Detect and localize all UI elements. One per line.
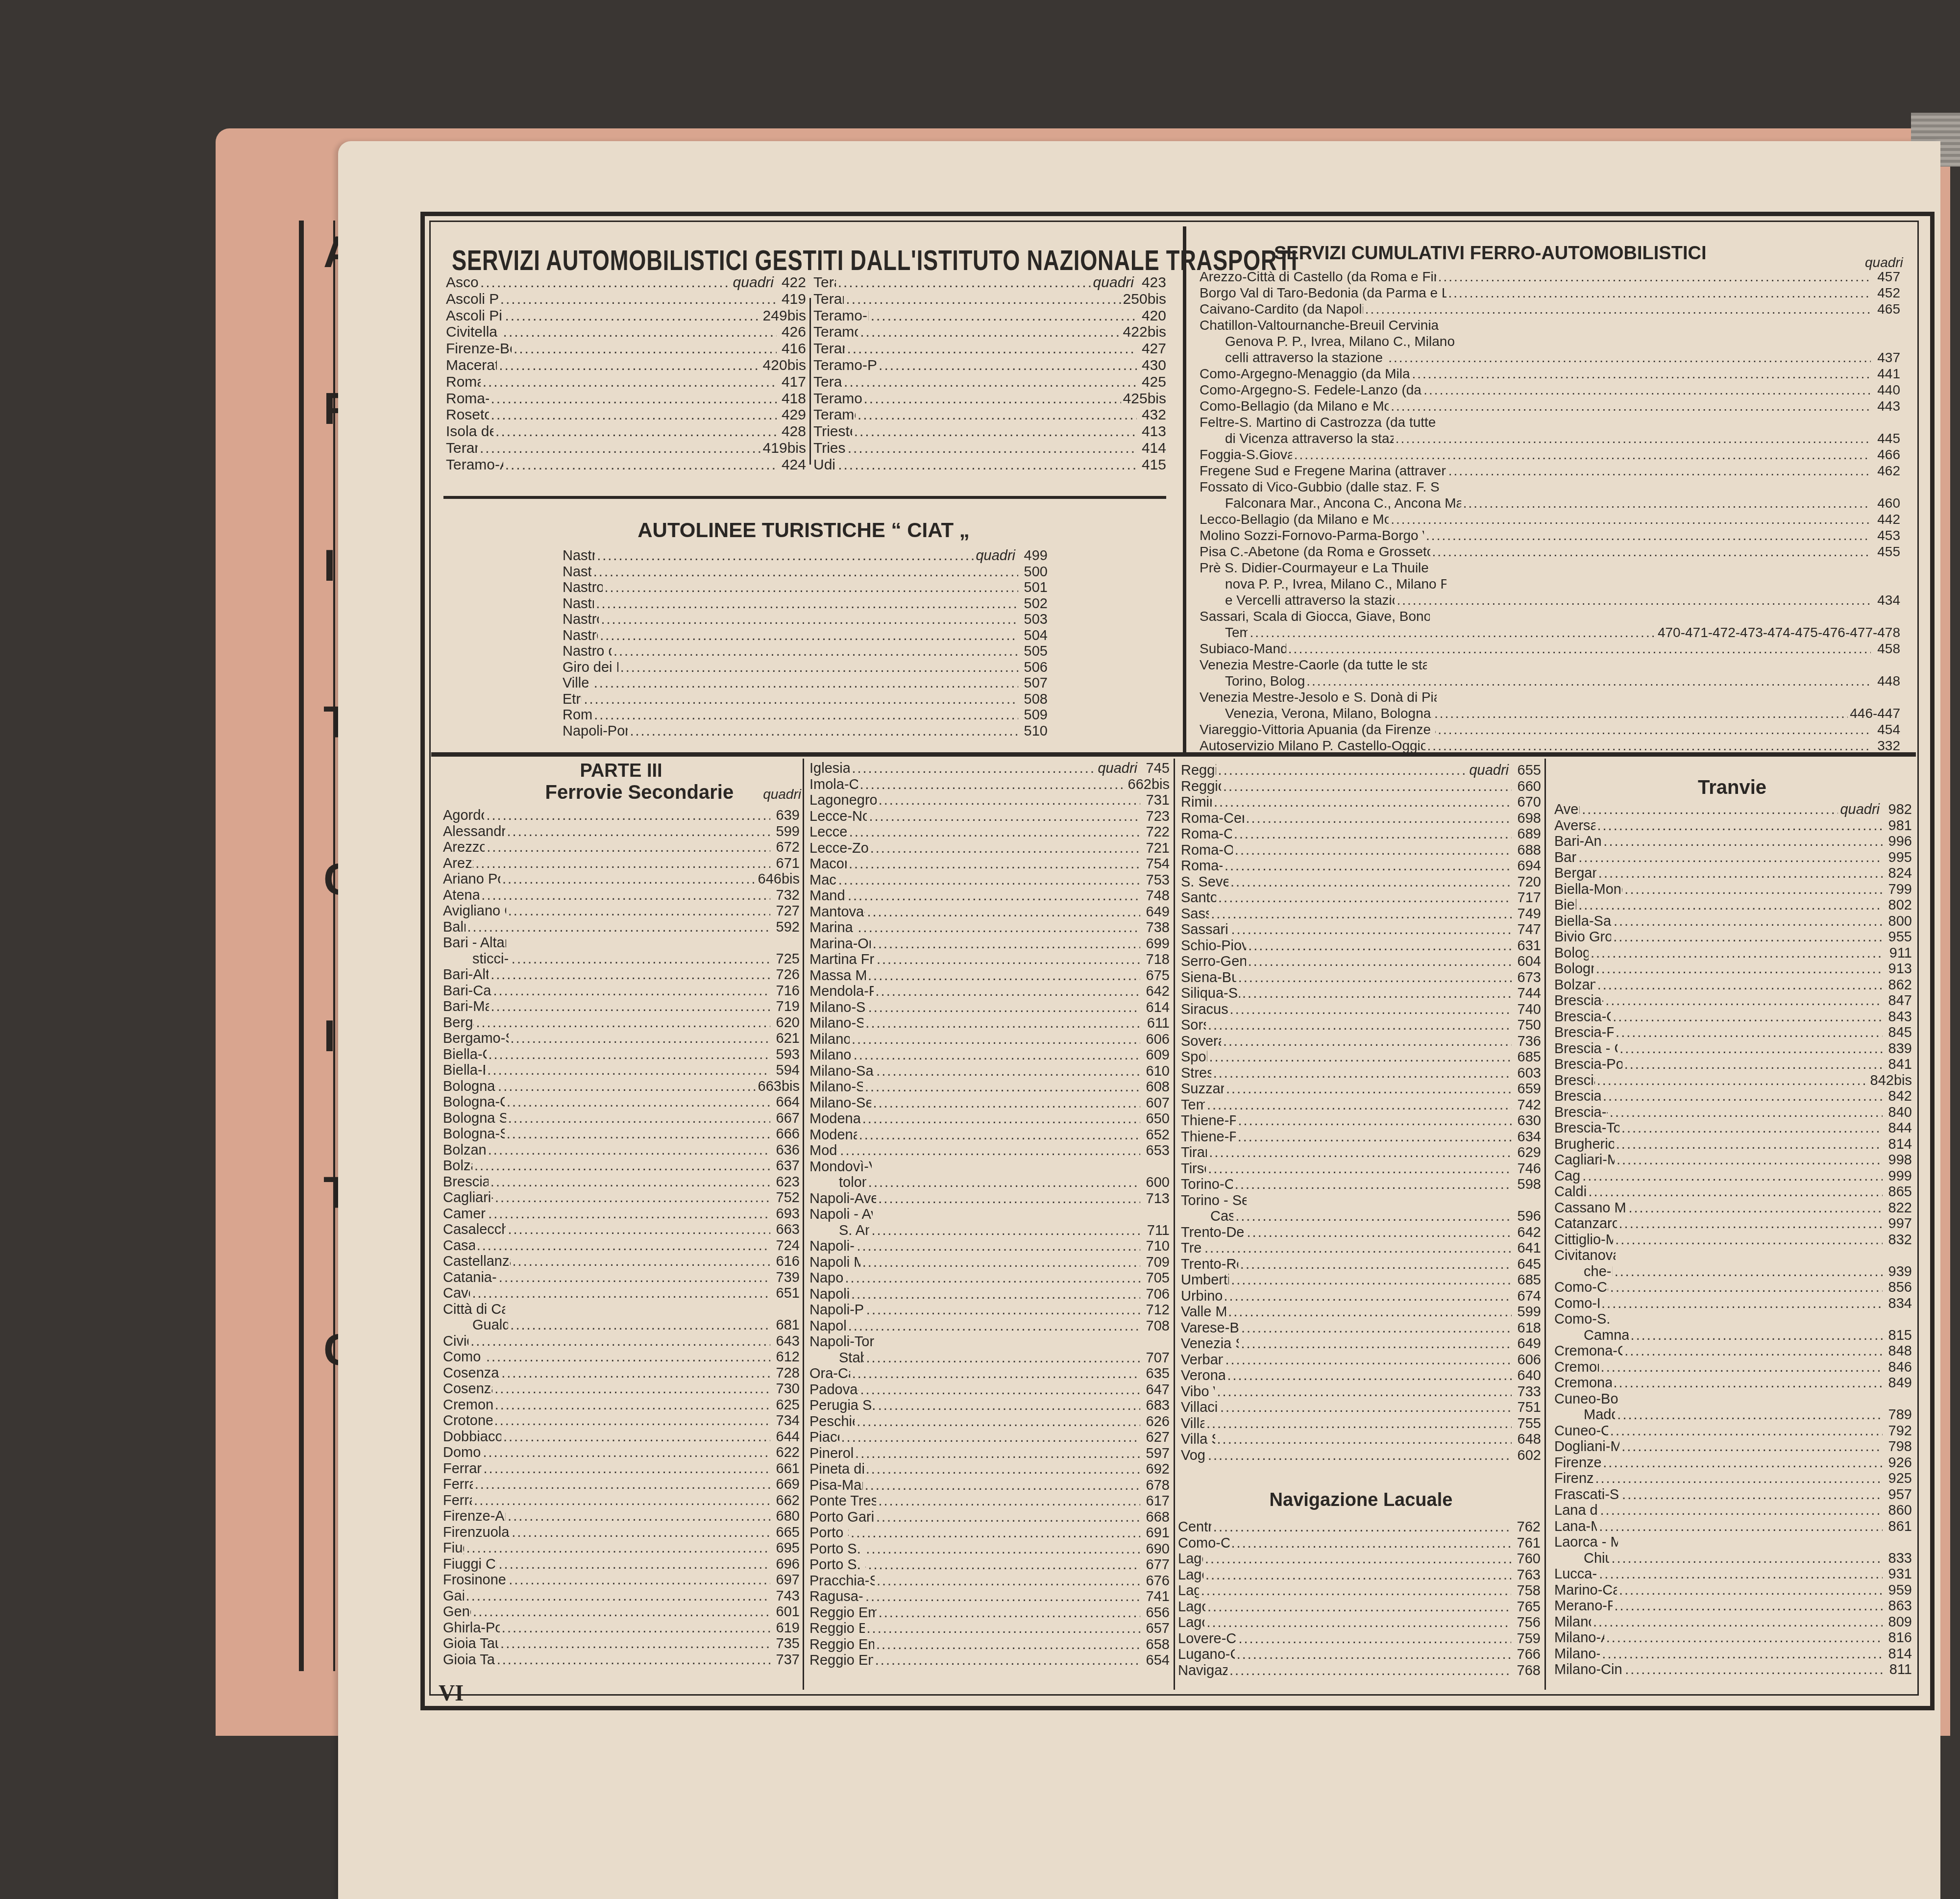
route-name: Navigazione Lagunare Veneta bbox=[1178, 1663, 1227, 1679]
leader-dots bbox=[879, 357, 1137, 374]
list-item: Catanzaro Sala-Catanzaro Piazza Roma997 bbox=[1554, 1216, 1912, 1232]
route-name: Udine-Grado bbox=[813, 457, 836, 473]
leader-dots bbox=[1432, 543, 1871, 560]
table-number: 834 bbox=[1885, 1296, 1912, 1312]
leader-dots bbox=[865, 1015, 1140, 1032]
leader-dots bbox=[1213, 1519, 1511, 1535]
leader-dots bbox=[1208, 1448, 1512, 1464]
list-item: Gioia Tauro-Sinopoli S. Procopio737 bbox=[443, 1652, 800, 1668]
leader-dots bbox=[877, 952, 1140, 968]
list-item: Napoli-Ottaviano-Sarno706 bbox=[809, 1286, 1170, 1303]
table-number: 420 bbox=[1139, 308, 1166, 324]
route-name: Fossato di Vico-Gubbio (dalle staz. F. S… bbox=[1200, 479, 1440, 495]
route-name: Nastro d'argento bbox=[563, 580, 603, 596]
table-number: 430 bbox=[1139, 357, 1166, 374]
table-number: 452 bbox=[1873, 285, 1900, 301]
route-name: Torino, Bologna, Trieste) bbox=[1225, 673, 1304, 689]
route-name: Milano-Affori-Varedo-Mombello bbox=[1554, 1630, 1604, 1646]
list-item: Lana-Maia Bassa-Merano861 bbox=[1554, 1519, 1912, 1535]
table-number: 814 bbox=[1885, 1646, 1912, 1662]
route-name: Bari-Andria-Barletta (Autom.) bbox=[1554, 834, 1601, 850]
table-number: 846 bbox=[1885, 1359, 1912, 1376]
list-item: Cuneo-Borgo S. Dalmazzo-Demonte-Colle bbox=[1554, 1391, 1912, 1407]
list-item: Bari-Andria-Barletta (Autom.)996 bbox=[1554, 834, 1912, 850]
leader-dots bbox=[491, 391, 777, 407]
route-name: Brescia-Soncino (Autom.) bbox=[1554, 1073, 1595, 1089]
route-name: Balma-Biella bbox=[443, 919, 465, 936]
route-name: Lecco-Bellagio (da Milano e Monza stazio… bbox=[1200, 511, 1389, 527]
parte-subtitle-row: Ferrovie Secondarie quadri bbox=[441, 782, 801, 804]
table-number: 594 bbox=[772, 1062, 800, 1079]
list-item: Viareggio-Vittoria Apuania (da Firenze a… bbox=[1200, 721, 1900, 738]
leader-dots bbox=[1205, 1567, 1511, 1583]
table-number: 666 bbox=[772, 1126, 800, 1142]
leader-dots bbox=[1294, 446, 1871, 463]
route-name: Brescia-Iseo-Pisogne-Edolo bbox=[443, 1174, 489, 1190]
list-item: Villamar-Ales755 bbox=[1181, 1416, 1541, 1432]
route-name: Milano-Saronno-Como Lago Nord bbox=[809, 1015, 863, 1032]
route-name: Lucca-Maggiano (Autom.) bbox=[1554, 1566, 1597, 1582]
leader-dots bbox=[486, 808, 770, 824]
leader-dots bbox=[1209, 1145, 1512, 1161]
leader-dots bbox=[1396, 430, 1871, 446]
route-name: S. Severo-Peschici Calenella bbox=[1181, 874, 1228, 890]
route-name: Teramo-Schiaviano bbox=[446, 440, 478, 457]
leader-dots bbox=[1619, 1216, 1883, 1232]
table-number: 414 bbox=[1139, 440, 1166, 457]
table-number: 508 bbox=[1020, 691, 1048, 708]
route-name: Falconara Mar., Ancona C., Ancona Mar. a… bbox=[1225, 495, 1461, 511]
leader-dots bbox=[1601, 1296, 1883, 1312]
route-name: Imola-Castel S. Pietro (Autom.) bbox=[809, 777, 858, 793]
route-name: Agordo-Bribano (Autom.) bbox=[443, 808, 484, 824]
leader-dots bbox=[1225, 858, 1512, 874]
table-number: 756 bbox=[1513, 1615, 1541, 1631]
route-name: Cuneo-Borgo S. Dalmazzo-Demonte-Colle bbox=[1554, 1391, 1619, 1407]
route-name: Teramo-Pescara bbox=[813, 374, 842, 391]
table-number: 840 bbox=[1885, 1105, 1912, 1121]
route-name: Biella-Mongrando e Biella-Camburzano (Au… bbox=[1554, 882, 1622, 898]
route-name: Reggio Emilia-Sassuolo bbox=[1181, 779, 1221, 795]
table-number: 505 bbox=[1020, 643, 1048, 660]
table-number: 815 bbox=[1885, 1328, 1912, 1344]
leader-dots bbox=[601, 612, 1018, 628]
route-name: Bolzano-Laives (Autom.) bbox=[1554, 977, 1595, 993]
list-item: Arezzo-Pratovecchio Stia672 bbox=[443, 839, 800, 856]
list-item: Bologna-Bazzano-Vignola (Autom.)663bis bbox=[443, 1079, 800, 1095]
table-number: 800 bbox=[1885, 913, 1912, 930]
list-item: Napoli-Piedimonte d'Alife (Autom.)712 bbox=[809, 1302, 1170, 1318]
route-name: Venezia Mestre-Jesolo e S. Donà di Piave… bbox=[1200, 689, 1437, 705]
list-item: Bolzano-Caldaro-Mendola636 bbox=[443, 1142, 800, 1159]
route-name: Peschiera F. M. P.-Mantova bbox=[809, 1414, 855, 1430]
leader-dots bbox=[1615, 1264, 1883, 1280]
table-number: 446-447 bbox=[1850, 705, 1900, 721]
route-name: Napoli-Pompei-Amalfi-Napoli bbox=[563, 723, 628, 740]
route-name: Isola del Gran Sasso-Roseto bbox=[446, 423, 493, 440]
table-number: 839 bbox=[1885, 1041, 1912, 1057]
list-item: Frosinone-Alatri-Guarcino-Fiuggi (Autom.… bbox=[443, 1572, 800, 1588]
list-item: Milano-Brugherio-Vimercate814 bbox=[1554, 1646, 1912, 1662]
table-number: 614 bbox=[1142, 1000, 1170, 1016]
list-item: Trento-Malè641 bbox=[1181, 1240, 1541, 1257]
leader-dots bbox=[1434, 705, 1848, 721]
leader-dots bbox=[1224, 1288, 1512, 1305]
list-item: Reggio Emilia-Bagnolo in Piano-Carpi (Au… bbox=[809, 1605, 1170, 1621]
table-number: 427 bbox=[1139, 341, 1166, 357]
route-name: Padova-Piazzola-Carmignano bbox=[809, 1382, 858, 1398]
table-number: 842 bbox=[1885, 1088, 1912, 1105]
table-number: 765 bbox=[1513, 1599, 1541, 1615]
table-number: 763 bbox=[1513, 1567, 1541, 1583]
list-item: Bolzano-Collalbo637 bbox=[443, 1158, 800, 1174]
list-item: Brugherio-Monza (Arengario) (Autom.)814 bbox=[1554, 1136, 1912, 1153]
list-item: Modena-Cavezzo-La Mirandola650 bbox=[809, 1111, 1170, 1127]
list-item: Firenzuola-Fontanelice-Imola-Bologna (Au… bbox=[443, 1525, 800, 1541]
route-name: Pineta di Pescara-Pescara-Penne bbox=[809, 1461, 864, 1478]
table-number: 722 bbox=[1142, 824, 1170, 840]
list-item: Spoleto-Norcia685 bbox=[1181, 1049, 1541, 1065]
list-item: Catania-Randazzo-Giarre-Riposto739 bbox=[443, 1270, 800, 1286]
list-item: Bergamo-Clusone620 bbox=[443, 1015, 800, 1031]
list-item: Gualdo Tadino (Autom.)681 bbox=[443, 1317, 800, 1333]
inst-col2-list: Teramo-Bisentiquadri423Teramo-Giulianova… bbox=[813, 274, 1166, 473]
leader-dots bbox=[495, 1190, 770, 1206]
table-number: 811 bbox=[1885, 1662, 1912, 1678]
route-name: Ferrara-Copparo bbox=[443, 1493, 472, 1509]
route-name: Sassari, Scala di Giocca, Giave, Bonorva… bbox=[1200, 608, 1430, 624]
list-item: Lucca-Maggiano (Autom.)931 bbox=[1554, 1566, 1912, 1582]
route-name: Napoli-Torre Annunziata-Castellammare di bbox=[809, 1334, 875, 1350]
table-number: 620 bbox=[772, 1015, 800, 1031]
table-number: 623 bbox=[772, 1174, 800, 1190]
list-item: Prè S. Didier-Courmayeur e La Thuile (da… bbox=[1200, 560, 1900, 576]
leader-dots bbox=[500, 1636, 770, 1652]
route-name: Varese-Bettole-Ghirla-Luino (Autom.) bbox=[1181, 1320, 1239, 1336]
list-item: Lovere-Castro-Pisogne (Lago d'Iseo)759 bbox=[1178, 1631, 1541, 1647]
leader-dots bbox=[1238, 1113, 1512, 1129]
list-item: Pinerolo-Perosa Argentina597 bbox=[809, 1446, 1170, 1462]
route-name: Porto S. Giorgio-Fermo-Amandola bbox=[809, 1541, 864, 1557]
list-item: tolomeo (Autom.)600 bbox=[809, 1175, 1170, 1191]
list-item: Nastro d'argento501 bbox=[563, 580, 1048, 596]
list-item: Macomer-Bosa753 bbox=[809, 872, 1170, 888]
leader-dots bbox=[1616, 1136, 1883, 1153]
leader-dots bbox=[862, 1255, 1140, 1271]
list-item: S. Angelo in Formis711 bbox=[809, 1223, 1170, 1239]
leader-dots bbox=[1438, 721, 1871, 738]
ciat-list: Nastro azzurroquadri499Nastro rosa500Nas… bbox=[563, 548, 1048, 739]
table-number: 749 bbox=[1514, 906, 1541, 922]
list-item: Dogliani-Monchiero-Dogliani staz. (Autom… bbox=[1554, 1439, 1912, 1455]
table-number: 648 bbox=[1514, 1431, 1541, 1448]
route-name: Fregene Sud e Fregene Marina (attraverso… bbox=[1200, 463, 1446, 479]
table-number: 939 bbox=[1885, 1264, 1912, 1280]
leader-dots bbox=[596, 596, 1018, 612]
table-number: 419 bbox=[779, 291, 806, 308]
list-item: Roma-Centocelle-Grotte Celoni (Autom.)69… bbox=[1181, 811, 1541, 827]
leader-dots bbox=[1225, 1352, 1512, 1368]
table-number: 443 bbox=[1873, 398, 1900, 414]
table-number: 603 bbox=[1514, 1065, 1541, 1082]
table-number: 760 bbox=[1513, 1551, 1541, 1567]
route-name: Cagliari-Monserrato-Quartu Sant'Elena bbox=[1554, 1152, 1615, 1168]
leader-dots bbox=[466, 1540, 770, 1556]
table-number: 658 bbox=[1142, 1637, 1170, 1653]
list-item: Mandas-Isili-Sorgono748 bbox=[809, 888, 1170, 904]
list-item: Bologna-Malalbergo911 bbox=[1554, 945, 1912, 962]
route-name: Brescia-Travagliato (Autom.) bbox=[1554, 1088, 1601, 1105]
leader-dots bbox=[1621, 1120, 1883, 1136]
table-number: 731 bbox=[1142, 792, 1170, 809]
route-name: Pisa C.-Abetone (da Roma e Grosseto attr… bbox=[1200, 543, 1430, 560]
list-item: Como Lago Nord-Varese612 bbox=[443, 1349, 800, 1365]
table-number: 641 bbox=[1514, 1240, 1541, 1257]
route-name: Gairo-Jerzu bbox=[443, 1588, 464, 1604]
list-item: Milano-Seveso-Meda-Erba-Canzo Asso607 bbox=[809, 1095, 1170, 1111]
list-item: Brescia-Iseo-Pisogne-Edolo623 bbox=[443, 1174, 800, 1190]
quadri-label: quadri bbox=[1093, 274, 1134, 291]
leader-dots bbox=[855, 1446, 1140, 1462]
leader-dots bbox=[511, 1031, 770, 1047]
list-item: Molino Sozzi-Fornovo-Parma-Borgo Val di … bbox=[1200, 527, 1900, 543]
table-number: 626 bbox=[1142, 1414, 1170, 1430]
table-number: 502 bbox=[1020, 596, 1048, 612]
leader-dots bbox=[507, 824, 770, 840]
list-item: Lago di Lugano765 bbox=[1178, 1599, 1541, 1615]
table-number: 607 bbox=[1142, 1095, 1170, 1111]
leader-dots bbox=[862, 1111, 1140, 1127]
leader-dots bbox=[512, 1525, 770, 1541]
table-number: 802 bbox=[1885, 897, 1912, 913]
leader-dots bbox=[873, 1095, 1140, 1111]
table-number: 655 bbox=[1514, 763, 1541, 779]
table-number: 845 bbox=[1885, 1025, 1912, 1041]
list-item: Cremona-Montanara-Asola (Autom.)849 bbox=[1554, 1375, 1912, 1391]
leader-dots bbox=[481, 888, 770, 904]
list-item: Lago di Como760 bbox=[1178, 1551, 1541, 1567]
route-name: Marina di Gioiosa-Mammola bbox=[809, 920, 856, 936]
route-name: Milano-Abbiategrasso bbox=[1554, 1614, 1591, 1630]
route-name: Atena-Marsico Nuovo bbox=[443, 888, 479, 904]
route-name: Alessandria-Frugarolo-Novi Ligure (Aut.) bbox=[443, 824, 505, 840]
list-item: Teramo-S. Benedetto del Tronto425bis bbox=[813, 391, 1166, 407]
inst-section-title: SERVIZI AUTOMOBILISTICI GESTITI DALL'IST… bbox=[452, 244, 1017, 277]
leader-dots bbox=[491, 999, 770, 1015]
leader-dots bbox=[1412, 366, 1871, 382]
table-number: 458 bbox=[1873, 641, 1900, 657]
table-number: 637 bbox=[772, 1158, 800, 1174]
list-item: Teramo (Servizio Urbano)432 bbox=[813, 407, 1166, 423]
list-item: Como-Bellagio (da Milano e Monza stazion… bbox=[1200, 398, 1900, 414]
leader-dots bbox=[1615, 1232, 1883, 1248]
leader-dots bbox=[487, 839, 770, 856]
table-number: 645 bbox=[1514, 1257, 1541, 1273]
table-number: 462 bbox=[1873, 463, 1900, 479]
table-number: 665 bbox=[772, 1525, 800, 1541]
route-name: Lana di Sopra-Lana Postal bbox=[1554, 1503, 1598, 1519]
table-number: 428 bbox=[779, 423, 806, 440]
leader-dots bbox=[513, 1254, 770, 1270]
leader-dots bbox=[1242, 986, 1512, 1002]
table-number: 601 bbox=[772, 1604, 800, 1620]
table-number: 957 bbox=[1885, 1487, 1912, 1503]
route-name: Valle Mosso-Cossato-Biella bbox=[1181, 1304, 1226, 1320]
leader-dots bbox=[1438, 269, 1871, 285]
lower-col-divider-1 bbox=[803, 759, 804, 1690]
route-name: Bergamo-Clusone bbox=[443, 1015, 474, 1031]
leader-dots bbox=[876, 984, 1140, 1000]
route-name: Serro-Genova S. Quir.-Sant. della Guardi… bbox=[1181, 954, 1246, 970]
table-number: 667 bbox=[772, 1110, 800, 1127]
route-name: Lugano-Capolago-Monte Generoso bbox=[1178, 1647, 1235, 1663]
table-number: 592 bbox=[772, 919, 800, 936]
route-name: Arezzo-Sinalunga bbox=[443, 856, 473, 872]
leader-dots bbox=[1388, 349, 1871, 366]
route-name: Roma-Ostia-Lido Castel Fusano bbox=[1181, 842, 1233, 859]
route-name: Nastro dei fiori bbox=[563, 628, 598, 644]
list-item: Crotone Città-Petilia Policastro734 bbox=[443, 1413, 800, 1429]
table-number: 799 bbox=[1885, 882, 1912, 898]
route-name: Subiaco-Mandela-(Roma) bbox=[1200, 641, 1286, 657]
leader-dots bbox=[878, 1493, 1140, 1509]
leader-dots bbox=[1610, 1105, 1883, 1121]
route-name: Reggio Emilia-Boretto-Brescello (Autom.) bbox=[809, 1652, 873, 1669]
list-item: Agordo-Bribano (Autom.)639 bbox=[443, 808, 800, 824]
table-number: 833 bbox=[1885, 1551, 1912, 1567]
route-name: Schio-Piovene-Rocchette-Arsiero (Autom.) bbox=[1181, 938, 1246, 954]
leader-dots bbox=[867, 1621, 1140, 1637]
list-item: Cagliari-Monserrato-Quartu Sant'Elena998 bbox=[1554, 1152, 1912, 1168]
route-name: Napoli-Pompei-Sarno bbox=[809, 1318, 846, 1334]
list-item: Milano-Cinisello con diram. per Sesto S.… bbox=[1554, 1662, 1912, 1678]
table-number: 748 bbox=[1142, 888, 1170, 904]
list-item: Milano-Saronno-Varese-Laveno Mombello610 bbox=[809, 1063, 1170, 1080]
inst-col-divider bbox=[809, 298, 811, 465]
table-number: 761 bbox=[1513, 1535, 1541, 1552]
route-name: Bologna-S. Vitale-Budrio-Portomaggiore bbox=[443, 1126, 505, 1142]
table-number: 740 bbox=[1514, 1002, 1541, 1018]
route-name: Villa Santina-Carnia bbox=[1181, 1431, 1215, 1448]
route-name: Bergamo-S. G. Bianco-S. Mart. de' Calvi … bbox=[443, 1031, 509, 1047]
list-item: Trieste-Capodistria414 bbox=[813, 440, 1166, 457]
list-item: Feltre-S. Martino di Castrozza (da tutte… bbox=[1200, 414, 1900, 430]
list-item: Biella-Rovasenda-Novara594 bbox=[443, 1062, 800, 1079]
table-number: 926 bbox=[1885, 1455, 1912, 1471]
route-name: Martina Franca-Francavilla Fontana-Lecce bbox=[809, 952, 875, 968]
table-number: 860 bbox=[1885, 1503, 1912, 1519]
table-number: 661 bbox=[772, 1461, 800, 1477]
table-number: 455 bbox=[1873, 543, 1900, 560]
route-name: Piacenza-Bettola bbox=[809, 1430, 839, 1446]
table-number: 721 bbox=[1142, 840, 1170, 857]
list-item: Genova P. P., Ivrea, Milano C., Milano P… bbox=[1200, 333, 1900, 349]
route-name: nova P. P., Ivrea, Milano C., Milano P. … bbox=[1225, 576, 1446, 592]
route-name: Macerata-Civitanova Marche Alta bbox=[446, 357, 497, 374]
route-name: Thiene-Piovene-Rocchette-Asiago bbox=[1181, 1129, 1236, 1145]
table-number: 743 bbox=[772, 1588, 800, 1604]
leader-dots bbox=[852, 1032, 1140, 1048]
list-item: Villacidro-Villamar-Isili751 bbox=[1181, 1400, 1541, 1416]
list-item: Bari-Barletta995 bbox=[1554, 850, 1912, 866]
leader-dots bbox=[493, 983, 771, 999]
list-item: Chatillon-Valtournanche-Breuil Cervinia … bbox=[1200, 317, 1900, 333]
list-item: Napoli Montesanto-Torregaveta709 bbox=[809, 1255, 1170, 1271]
route-name: Massa Marittima-Follonica (Autom.) bbox=[809, 968, 866, 984]
table-number: 650 bbox=[1142, 1111, 1170, 1127]
list-item: Chiuso (Autom.)833 bbox=[1554, 1551, 1912, 1567]
list-item: Venezia, Verona, Milano, Bologna, e Trie… bbox=[1200, 705, 1900, 721]
list-item: Reggio Emilia-Barco-Ciano d'Enza657 bbox=[809, 1621, 1170, 1637]
list-item: Ascoli Piceno-S. Benedetto del Tronto249… bbox=[446, 308, 806, 324]
leader-dots bbox=[865, 1589, 1140, 1605]
list-item: Milano-Saronno-Novara606 bbox=[809, 1032, 1170, 1048]
leader-dots bbox=[871, 308, 1137, 324]
table-number: 598 bbox=[1514, 1177, 1541, 1193]
list-item: Rimini-Novafeltria670 bbox=[1181, 794, 1541, 811]
leader-dots bbox=[1231, 922, 1512, 938]
list-item: Caivano-Cardito (da Napoli-Gragnano e Na… bbox=[1200, 301, 1900, 317]
table-number: 856 bbox=[1885, 1280, 1912, 1296]
leader-dots bbox=[507, 1126, 770, 1142]
leader-dots bbox=[1230, 1002, 1512, 1018]
route-name: Nastro rosa bbox=[563, 564, 591, 580]
list-item: Verona-Affi-Caprino-Garda640 bbox=[1181, 1368, 1541, 1384]
table-number: 509 bbox=[1020, 707, 1048, 723]
route-name: Città di Castello-Gubbio-Fossato di Vico… bbox=[443, 1302, 505, 1318]
route-name: Trento-Dermulo-Fondo-Mendola (Autom.) bbox=[1181, 1225, 1245, 1241]
parte-title: PARTE III bbox=[441, 761, 801, 782]
list-item: Reggio Emilia-Sassuolo660 bbox=[1181, 779, 1541, 795]
route-name: Cavezzo-Finale bbox=[443, 1285, 470, 1302]
leader-dots bbox=[1214, 794, 1512, 811]
route-name: Catania-Randazzo-Giarre-Riposto bbox=[443, 1270, 497, 1286]
table-number: 752 bbox=[772, 1190, 800, 1206]
table-number: 809 bbox=[1885, 1614, 1912, 1630]
leader-dots bbox=[475, 856, 770, 872]
list-item: Thiene-Piovene-Rocchette-Arsiero630 bbox=[1181, 1113, 1541, 1129]
table-number: 733 bbox=[1514, 1384, 1541, 1400]
list-item: Sassari, Scala di Giocca, Giave, Bonorva… bbox=[1200, 608, 1900, 624]
table-number: 432 bbox=[1139, 407, 1166, 423]
list-item: Firenze-Arezzo-Città di Castello (Autom.… bbox=[443, 1508, 800, 1525]
route-name: Borgo Val di Taro-Bedonia (da Parma e La… bbox=[1200, 285, 1446, 301]
route-name: Perugia S. Anna-Perugia Ponte S. Giovann… bbox=[809, 1398, 876, 1414]
leader-dots bbox=[1606, 1630, 1883, 1646]
list-item: Cittiglio-Molino d'Anna-Luino (Autom.)83… bbox=[1554, 1232, 1912, 1248]
list-item: Ferrara-Copparo662 bbox=[443, 1493, 800, 1509]
table-number: 642 bbox=[1142, 984, 1170, 1000]
table-number: 425bis bbox=[1123, 391, 1166, 407]
table-number: 627 bbox=[1142, 1430, 1170, 1446]
list-item: Vibo Valentia-Mileto733 bbox=[1181, 1384, 1541, 1400]
route-name: Como-Erba-Lecco (Autom.) bbox=[1554, 1296, 1599, 1312]
list-item: Tempio-Monti742 bbox=[1181, 1097, 1541, 1113]
table-number: 504 bbox=[1020, 628, 1048, 644]
list-item: Arezzo-Sinalunga671 bbox=[443, 856, 800, 872]
list-item: Napoli-Aversa-S. Maria Capua Vetere (Aut… bbox=[809, 1191, 1170, 1207]
leader-dots bbox=[1238, 1129, 1512, 1145]
list-item: Biella-Sandigliano-Borriana (Autom.)800 bbox=[1554, 913, 1912, 930]
list-item: Porto Garibaldi-Ostellato-Ferrara (Autom… bbox=[809, 1509, 1170, 1526]
list-item: Ascoli Piceno-Anconaquadri422 bbox=[446, 274, 806, 291]
list-item: Firenze-S. Donnino (Autom.)926 bbox=[1554, 1455, 1912, 1471]
table-number: 600 bbox=[1142, 1175, 1170, 1191]
leader-dots bbox=[1611, 1551, 1883, 1567]
table-number: 911 bbox=[1885, 945, 1912, 962]
list-item: Napoli-Pompei-Amalfi-Napoli510 bbox=[563, 723, 1048, 740]
list-item: Fregene Sud e Fregene Marina (attraverso… bbox=[1200, 463, 1900, 479]
